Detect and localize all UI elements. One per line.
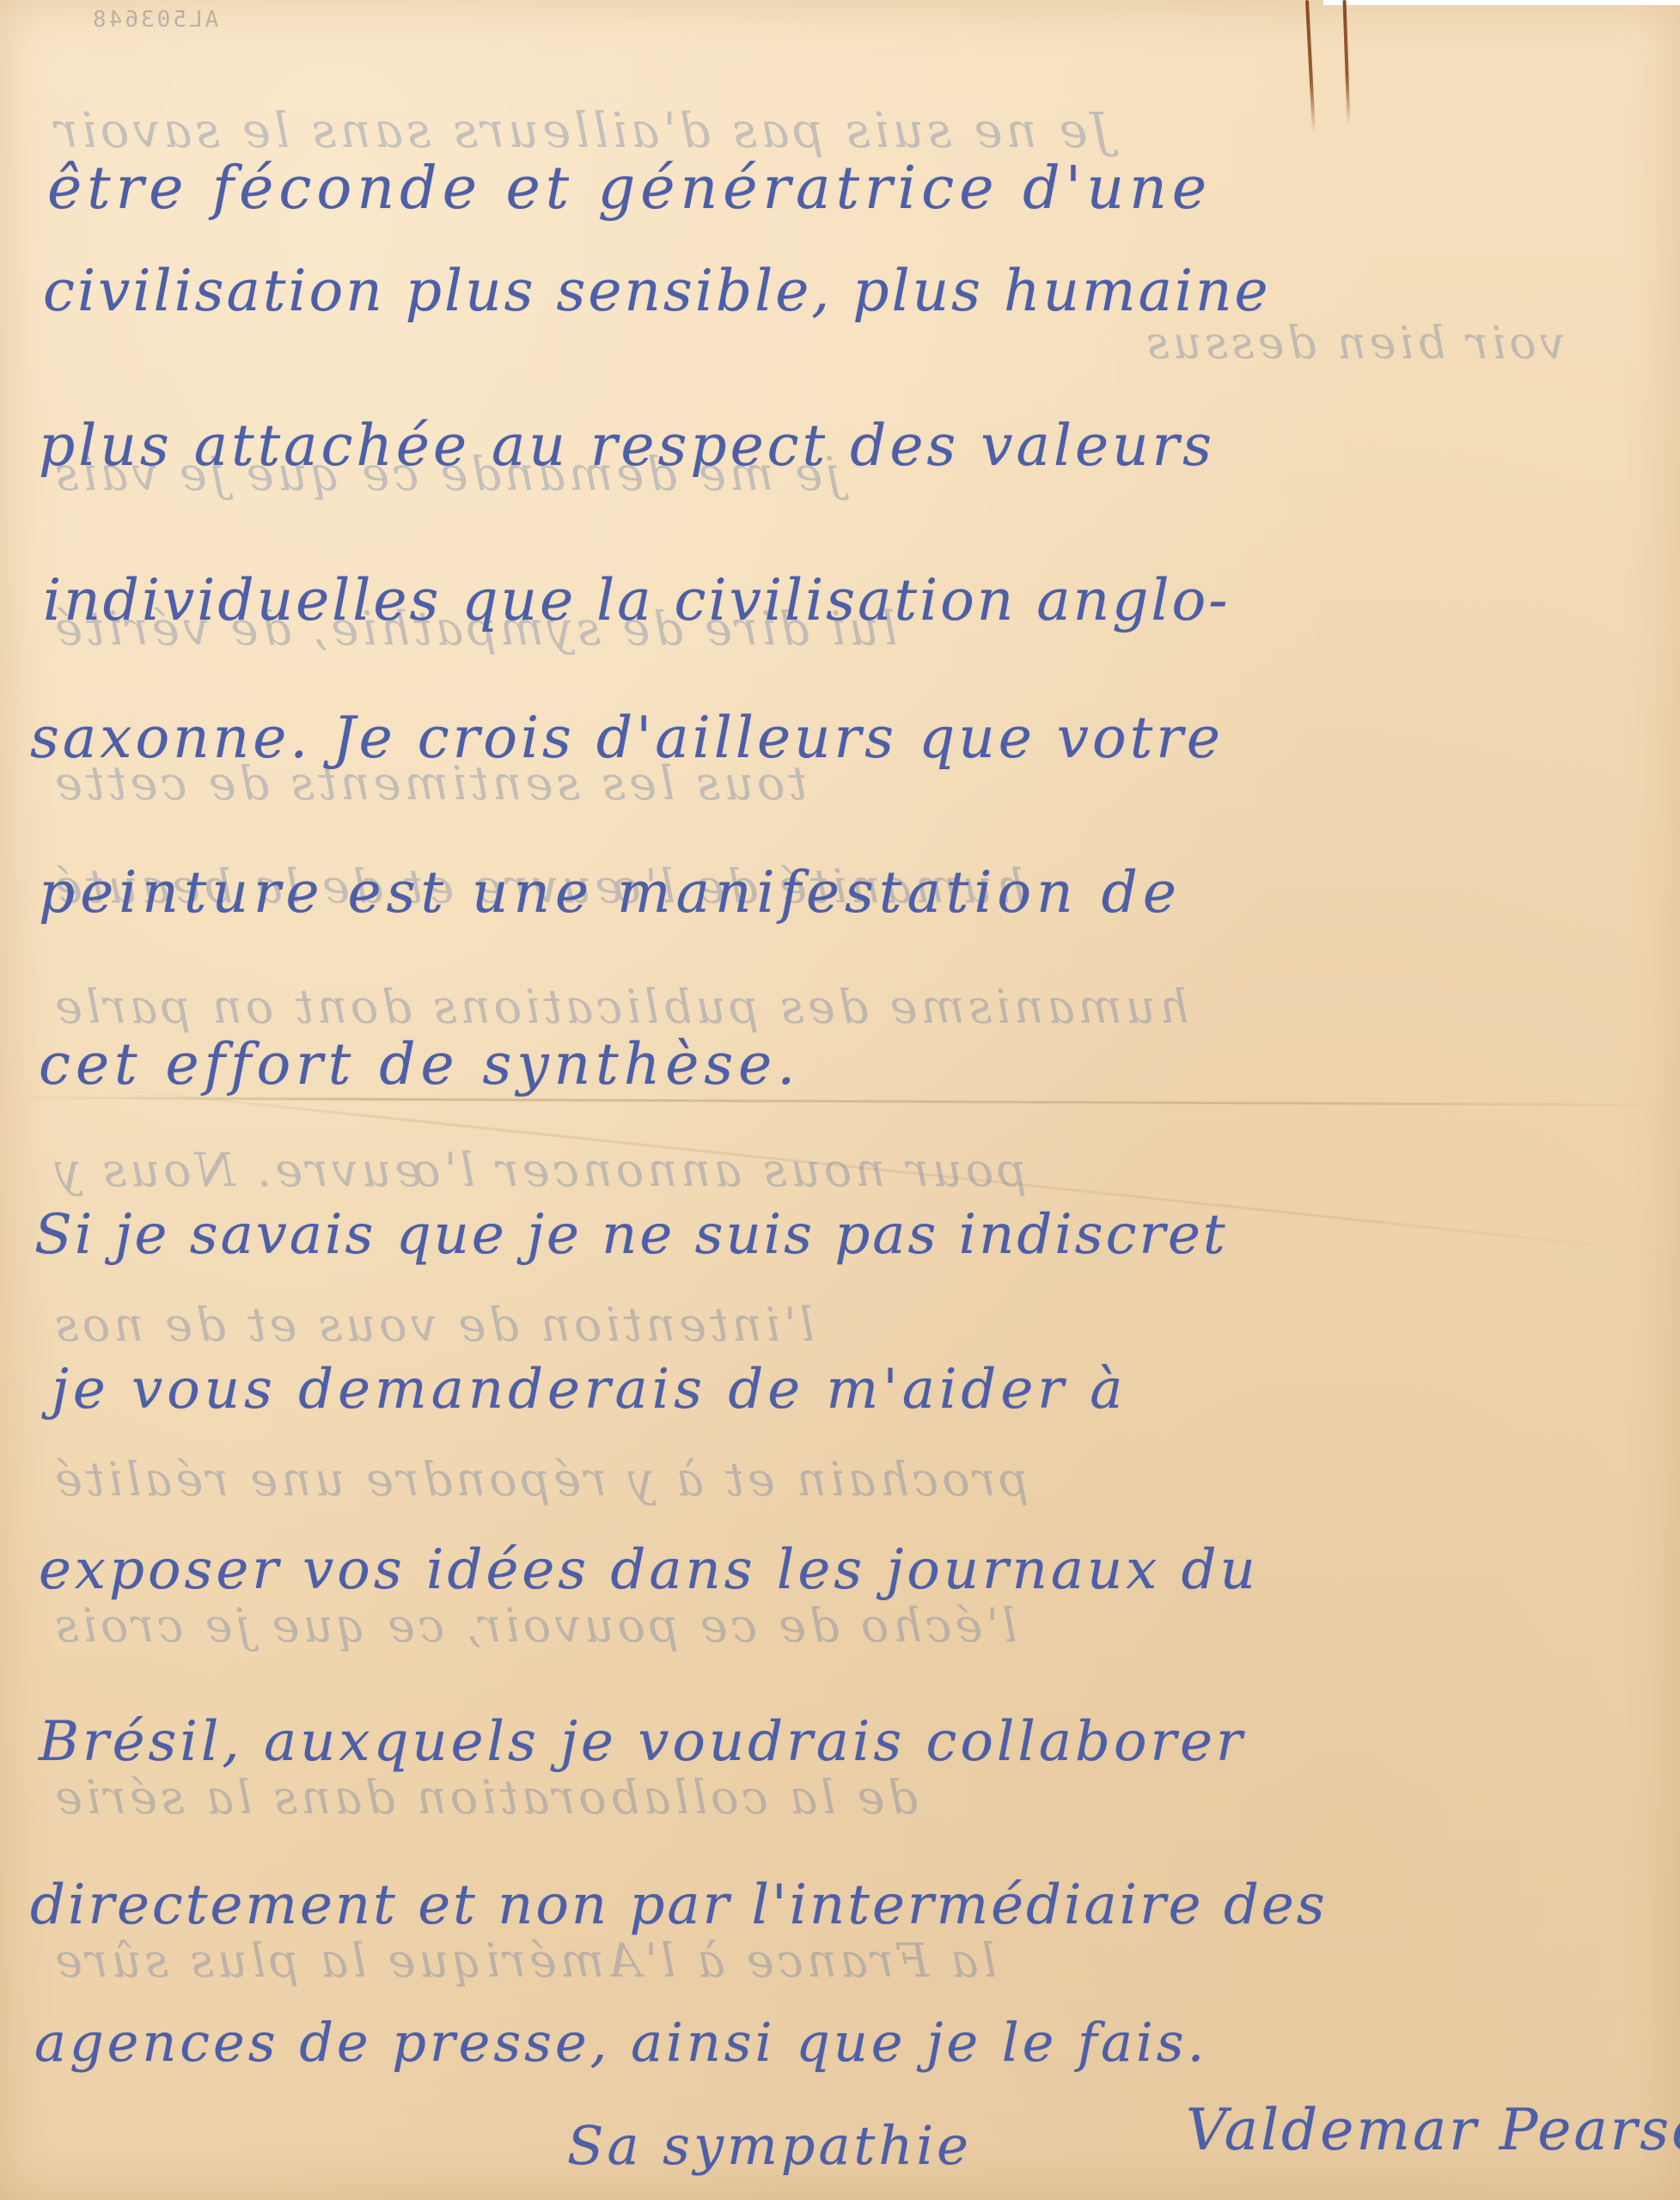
letter-line: Brésil, auxquels je voudrais collaborer — [39, 1710, 1246, 1774]
letter-line: agences de presse, ainsi que je le fais. — [34, 2011, 1207, 2074]
bleed-through-text: l'écho de ce pouvoir, ce que je crois — [52, 1598, 1017, 1653]
letter-line: saxonne. Je crois d'ailleurs que votre — [30, 705, 1224, 771]
rust-stain-mark — [1305, 0, 1316, 133]
bleed-through-text: de la collaboration dans la série — [52, 1770, 918, 1824]
letter-line: cet effort de synthèse. — [39, 1031, 800, 1097]
bleed-through-text: voir bien dessus — [1143, 318, 1565, 370]
paper-top-edge — [1323, 0, 1680, 5]
letter-line: peinture est une manifestation de — [39, 859, 1182, 926]
rust-stain-mark — [1342, 0, 1350, 125]
letter-line: être féconde et génératrice d'une — [47, 155, 1212, 223]
archive-stamp: AL503648 — [90, 7, 218, 33]
letter-line: directement et non par l'intermédiaire d… — [30, 1873, 1328, 1937]
letter-line: civilisation plus sensible, plus humaine — [43, 258, 1271, 324]
bleed-through-text: pour nous annoncer l'œuvre. Nous y — [52, 1143, 1027, 1197]
letter-line: plus attachée au respect des valeurs — [39, 412, 1215, 479]
letter-line: je vous demanderais de m'aider à — [52, 1358, 1127, 1421]
letter-line: exposer vos idées dans les journaux du — [39, 1538, 1259, 1602]
closing-phrase: Sa sympathie — [567, 2114, 972, 2177]
signature: Valdemar Pearse — [1186, 2097, 1680, 2163]
bleed-through-text: la France à l'Amérique la plus sûre — [52, 1934, 997, 1988]
bleed-through-text: Je ne suis pas d'ailleurs sans le savoir — [52, 103, 1110, 159]
bleed-through-text: humanisme des publications dont on parle — [52, 980, 1188, 1034]
bleed-through-text: prochain et à y répondre une réalité — [52, 1452, 1029, 1506]
letter-line: Si je savais que je ne suis pas indiscre… — [34, 1203, 1228, 1267]
bleed-through-text: l'intention de vous et de nos — [52, 1298, 815, 1352]
letter-line: individuelles que la civilisation anglo- — [43, 567, 1231, 633]
letter-page: AL503648 Je ne suis pas d'ailleurs sans … — [0, 0, 1680, 2200]
